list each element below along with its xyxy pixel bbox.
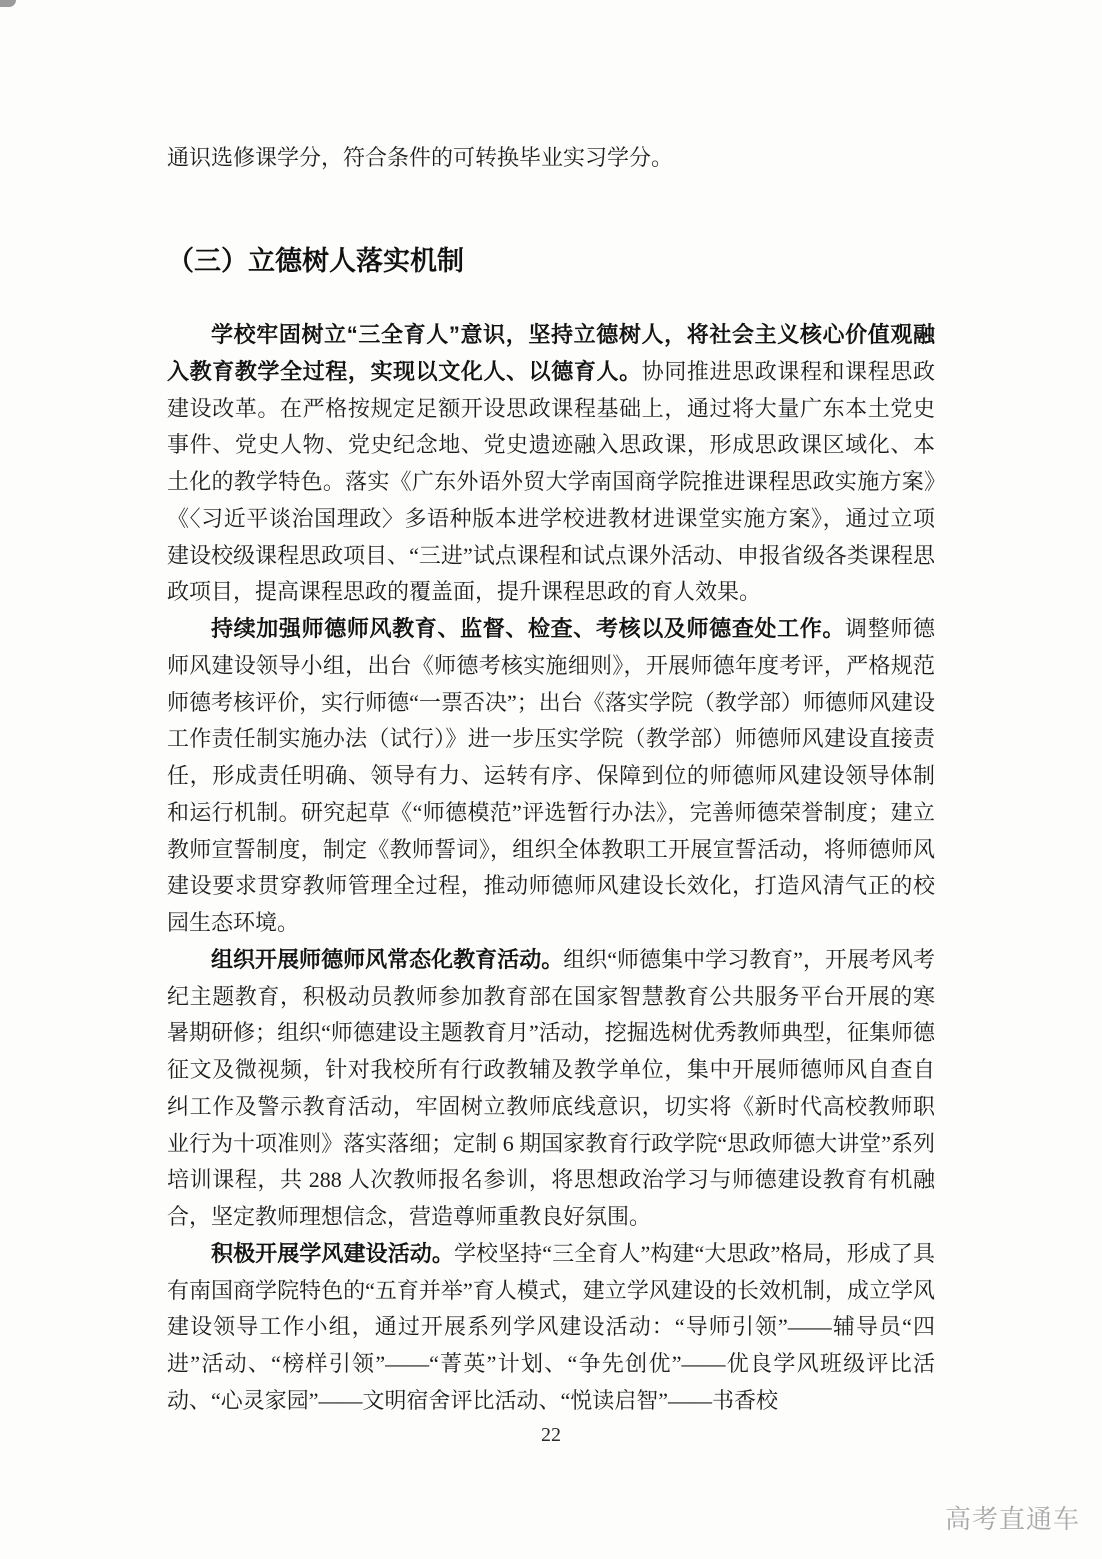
watermark: 高考直通车: [945, 1504, 1080, 1534]
paragraph-body: 调整师德师风建设领导小组，出台《师德考核实施细则》，开展师德年度考评，严格规范师…: [167, 616, 935, 935]
page-content: 通识选修课学分，符合条件的可转换毕业实习学分。 （三）立德树人落实机制 学校牢固…: [167, 139, 935, 1420]
section-heading: （三）立德树人落实机制: [167, 243, 935, 280]
paragraph-lead: 持续加强师德师风教育、监督、检查、考核以及师德查处工作。: [211, 616, 845, 641]
paragraph-body: 学校坚持“三全育人”构建“大思政”格局，形成了具有南国商学院特色的“五育并举”育…: [167, 1241, 935, 1413]
paragraph-lead: 积极开展学风建设活动。: [211, 1241, 454, 1266]
document-page: 通识选修课学分，符合条件的可转换毕业实习学分。 （三）立德树人落实机制 学校牢固…: [0, 0, 1102, 1559]
paragraph-body: 协同推进思政课程和课程思政建设改革。在严格按规定足额开设思政课程基础上，通过将大…: [167, 359, 935, 605]
paragraph-body: 组织“师德集中学习教育”，开展考风考纪主题教育，积极动员教师参加教育部在国家智慧…: [167, 947, 935, 1229]
continuation-paragraph: 通识选修课学分，符合条件的可转换毕业实习学分。: [167, 139, 935, 176]
paragraph-study-style: 积极开展学风建设活动。学校坚持“三全育人”构建“大思政”格局，形成了具有南国商学…: [167, 1236, 935, 1420]
paragraph-lead: 组织开展师德师风常态化教育活动。: [211, 947, 563, 972]
paragraph-ethics-education: 组织开展师德师风常态化教育活动。组织“师德集中学习教育”，开展考风考纪主题教育，…: [167, 942, 935, 1236]
paragraph-moral-education: 学校牢固树立“三全育人”意识，坚持立德树人，将社会主义核心价值观融入教育教学全过…: [167, 317, 935, 611]
scan-artifact: [0, 0, 16, 7]
paragraph-teacher-ethics: 持续加强师德师风教育、监督、检查、考核以及师德查处工作。调整师德师风建设领导小组…: [167, 611, 935, 942]
page-number: 22: [0, 1422, 1102, 1448]
